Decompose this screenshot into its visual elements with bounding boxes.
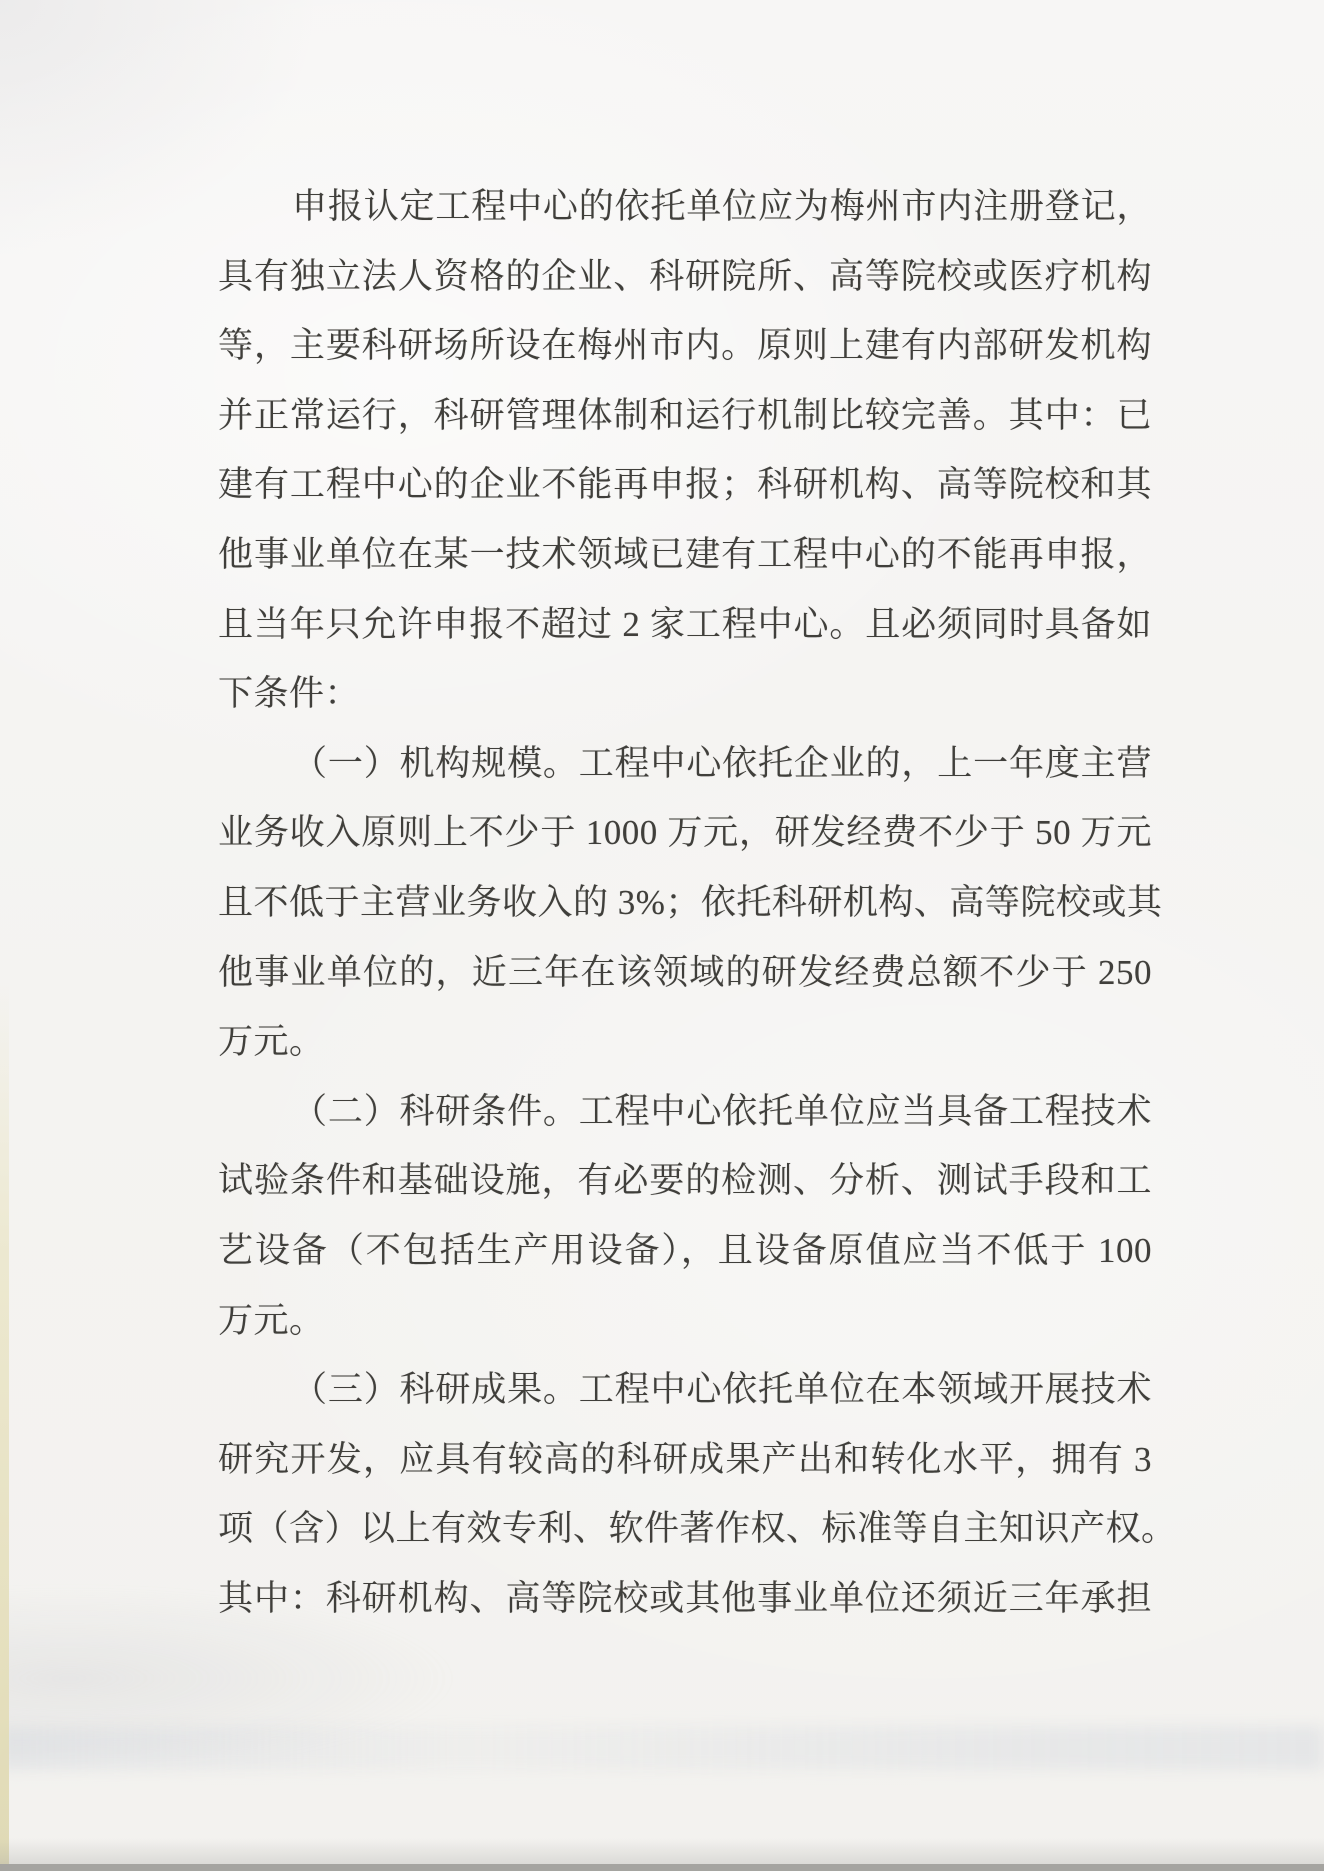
text-line-4: 并正常运行，科研管理体制和运行机制比较完善。其中：已 bbox=[218, 381, 1152, 451]
text-line-17: 万元。 bbox=[218, 1286, 1152, 1356]
document-text-block: 申报认定工程中心的依托单位应为梅州市内注册登记， 具有独立法人资格的企业、科研院… bbox=[218, 172, 1152, 1633]
scanned-document-page: 申报认定工程中心的依托单位应为梅州市内注册登记， 具有独立法人资格的企业、科研院… bbox=[0, 0, 1324, 1871]
text-line-21: 其中：科研机构、高等院校或其他事业单位还须近三年承担 bbox=[218, 1564, 1152, 1634]
text-line-1: 申报认定工程中心的依托单位应为梅州市内注册登记， bbox=[218, 172, 1152, 242]
scan-edge-left bbox=[0, 980, 9, 1871]
text-line-13: 万元。 bbox=[218, 1007, 1152, 1077]
text-line-8: 下条件： bbox=[218, 659, 1152, 729]
text-line-20: 项（含）以上有效专利、软件著作权、标准等自主知识产权。 bbox=[218, 1494, 1152, 1564]
text-line-11: 且不低于主营业务收入的 3%；依托科研机构、高等院校或其 bbox=[218, 868, 1152, 938]
text-line-19: 研究开发，应具有较高的科研成果产出和转化水平，拥有 3 bbox=[218, 1425, 1152, 1495]
text-line-10: 业务收入原则上不少于 1000 万元，研发经费不少于 50 万元 bbox=[218, 798, 1152, 868]
text-line-14: （二）科研条件。工程中心依托单位应当具备工程技术 bbox=[218, 1077, 1152, 1147]
text-line-9: （一）机构规模。工程中心依托企业的，上一年度主营 bbox=[218, 729, 1152, 799]
text-line-16: 艺设备（不包括生产用设备），且设备原值应当不低于 100 bbox=[218, 1216, 1152, 1286]
text-line-12: 他事业单位的，近三年在该领域的研发经费总额不少于 250 bbox=[218, 938, 1152, 1008]
text-line-2: 具有独立法人资格的企业、科研院所、高等院校或医疗机构 bbox=[218, 242, 1152, 312]
scan-fade-bottom bbox=[0, 1838, 1324, 1864]
text-line-3: 等，主要科研场所设在梅州市内。原则上建有内部研发机构 bbox=[218, 311, 1152, 381]
text-line-5: 建有工程中心的企业不能再申报；科研机构、高等院校和其 bbox=[218, 450, 1152, 520]
text-line-15: 试验条件和基础设施，有必要的检测、分析、测试手段和工 bbox=[218, 1146, 1152, 1216]
text-line-6: 他事业单位在某一技术领域已建有工程中心的不能再申报， bbox=[218, 520, 1152, 590]
text-line-18: （三）科研成果。工程中心依托单位在本领域开展技术 bbox=[218, 1355, 1152, 1425]
scan-band-lower bbox=[0, 1726, 1324, 1770]
text-line-7: 且当年只允许申报不超过 2 家工程中心。且必须同时具备如 bbox=[218, 590, 1152, 660]
scan-edge-bottom bbox=[0, 1864, 1324, 1871]
